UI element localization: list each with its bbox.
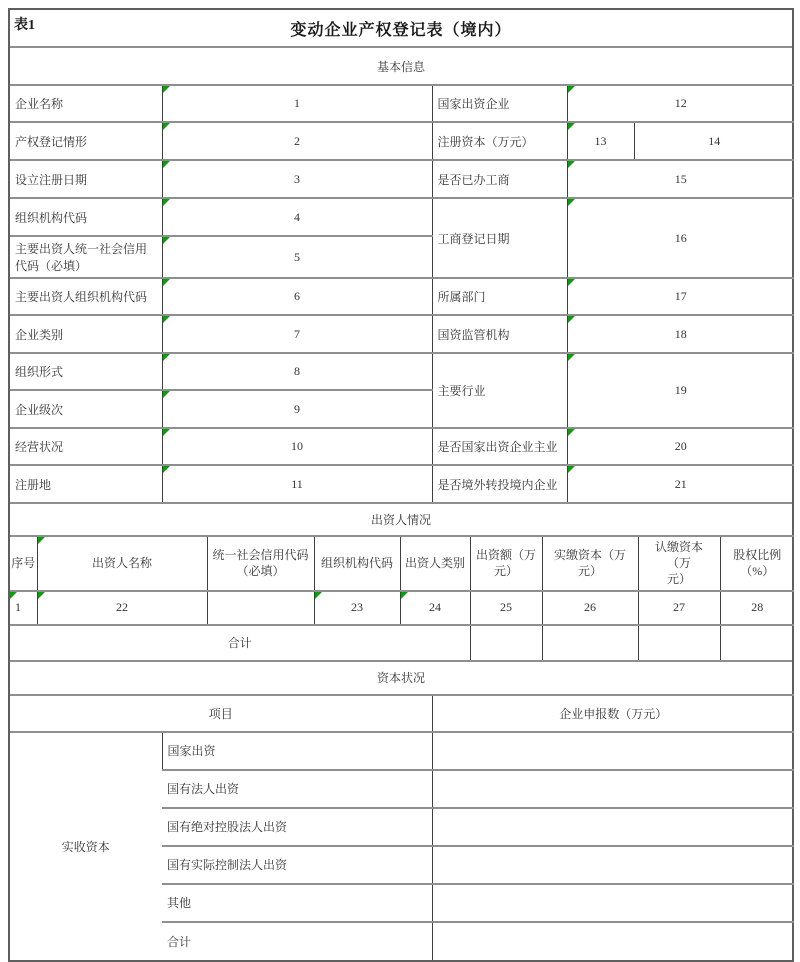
cell-flag-icon — [38, 537, 45, 544]
capital-header-table: 项目 企业申报数（万元） — [10, 694, 794, 731]
capital-declared-col-header: 企业申报数（万元） — [432, 695, 794, 731]
col-header-uscc: 统一社会信用代码 （必填） — [207, 536, 314, 591]
cell-flag-icon — [163, 123, 170, 130]
investors-table: 序号 出资人名称 统一社会信用代码 （必填） 组织机构代码 出资人类别 出资额（… — [10, 535, 794, 660]
state-funded-enterprise-value[interactable]: 12 — [567, 85, 794, 122]
registered-capital-value-a[interactable]: 13 — [567, 122, 634, 160]
basic-info-table: 企业名称 1 国家出资企业 12 产权登记情形 2 注册资本（万元） 13 14… — [10, 84, 794, 502]
cell-flag-icon — [568, 86, 575, 93]
cell-flag-icon — [163, 466, 170, 473]
main-investor-org-code-label: 主要出资人组织机构代码 — [10, 278, 162, 315]
section-header-capital: 资本状况 — [10, 660, 792, 694]
reg-situation-label: 产权登记情形 — [10, 122, 162, 160]
cell-flag-icon — [568, 279, 575, 286]
department-value[interactable]: 17 — [567, 278, 794, 315]
table-row: 实收资本 国家出资 — [10, 732, 794, 770]
capital-value-other[interactable] — [432, 884, 794, 922]
main-business-flag-label: 是否国家出资企业主业 — [432, 428, 567, 465]
enterprise-level-label: 企业级次 — [10, 390, 162, 428]
investor-seq-cell[interactable]: 1 — [10, 591, 37, 625]
investor-contribution-cell[interactable]: 25 — [470, 591, 542, 625]
main-investor-uscc-value[interactable]: 5 — [162, 236, 432, 278]
main-industry-value[interactable]: 19 — [567, 353, 794, 428]
enterprise-level-value[interactable]: 9 — [162, 390, 432, 428]
col-header-equity-ratio: 股权比例 （%） — [720, 536, 794, 591]
enterprise-name-label: 企业名称 — [10, 85, 162, 122]
table-row: 合计 — [10, 625, 794, 660]
cell-flag-icon — [568, 429, 575, 436]
capital-item-state-funded: 国家出资 — [162, 732, 432, 770]
regulator-label: 国资监管机构 — [432, 315, 567, 353]
operation-status-value[interactable]: 10 — [162, 428, 432, 465]
total-ratio-cell[interactable] — [720, 625, 794, 660]
cell-flag-icon — [568, 466, 575, 473]
table-row: 主要出资人组织机构代码 6 所属部门 17 — [10, 278, 794, 315]
investor-paid-in-cell[interactable]: 26 — [542, 591, 638, 625]
table-row: 企业名称 1 国家出资企业 12 — [10, 85, 794, 122]
overseas-reinvest-label: 是否境外转投境内企业 — [432, 465, 567, 502]
department-label: 所属部门 — [432, 278, 567, 315]
capital-value-state-legal-person[interactable] — [432, 770, 794, 808]
paid-in-capital-group-label: 实收资本 — [10, 732, 162, 960]
investor-org-code-cell[interactable]: 23 — [314, 591, 400, 625]
investor-type-cell[interactable]: 24 — [400, 591, 470, 625]
table-row: 组织机构代码 4 工商登记日期 16 — [10, 198, 794, 236]
cell-flag-icon — [568, 316, 575, 323]
table-row: 设立注册日期 3 是否已办工商 15 — [10, 160, 794, 198]
capital-item-other: 其他 — [162, 884, 432, 922]
org-form-label: 组织形式 — [10, 353, 162, 390]
cell-flag-icon — [568, 161, 575, 168]
table-row: 1 22 23 24 25 26 27 28 — [10, 591, 794, 625]
business-licensed-label: 是否已办工商 — [432, 160, 567, 198]
cell-flag-icon — [315, 592, 322, 599]
org-form-value[interactable]: 8 — [162, 353, 432, 390]
capital-value-total[interactable] — [432, 922, 794, 960]
cell-flag-icon — [38, 592, 45, 599]
col-header-org-code: 组织机构代码 — [314, 536, 400, 591]
cell-flag-icon — [163, 316, 170, 323]
section-header-basic-info: 基本信息 — [10, 46, 792, 84]
registered-capital-label: 注册资本（万元） — [432, 122, 567, 160]
org-code-label: 组织机构代码 — [10, 198, 162, 236]
table-number: 表1 — [14, 14, 35, 34]
col-header-subscribed: 认缴资本（万 元） — [638, 536, 720, 591]
total-subscribed-cell[interactable] — [638, 625, 720, 660]
main-business-flag-value[interactable]: 20 — [567, 428, 794, 465]
registered-place-label: 注册地 — [10, 465, 162, 502]
establish-date-label: 设立注册日期 — [10, 160, 162, 198]
cell-flag-icon — [568, 199, 575, 206]
business-reg-date-value[interactable]: 16 — [567, 198, 794, 278]
business-licensed-value[interactable]: 15 — [567, 160, 794, 198]
main-investor-uscc-label: 主要出资人统一社会信用代码（必填） — [10, 236, 162, 278]
investors-total-label: 合计 — [10, 625, 470, 660]
cell-flag-icon — [163, 391, 170, 398]
cell-flag-icon — [163, 429, 170, 436]
capital-table: 实收资本 国家出资 国有法人出资 国有绝对控股法人出资 国有实际控制法人出资 其… — [10, 731, 794, 960]
capital-item-state-actual-control: 国有实际控制法人出资 — [162, 846, 432, 884]
reg-situation-value[interactable]: 2 — [162, 122, 432, 160]
capital-value-state-funded[interactable] — [432, 732, 794, 770]
capital-item-state-absolute-holding: 国有绝对控股法人出资 — [162, 808, 432, 846]
capital-value-state-actual-control[interactable] — [432, 846, 794, 884]
cell-flag-icon — [568, 354, 575, 361]
capital-item-total: 合计 — [162, 922, 432, 960]
overseas-reinvest-value[interactable]: 21 — [567, 465, 794, 502]
col-header-investor-type: 出资人类别 — [400, 536, 470, 591]
table-row: 企业类别 7 国资监管机构 18 — [10, 315, 794, 353]
registered-capital-value-b[interactable]: 14 — [634, 122, 794, 160]
registered-place-value[interactable]: 11 — [162, 465, 432, 502]
regulator-value[interactable]: 18 — [567, 315, 794, 353]
total-contribution-cell[interactable] — [470, 625, 542, 660]
cell-flag-icon — [163, 86, 170, 93]
title-bar: 表1 变动企业产权登记表（境内） — [10, 10, 792, 46]
table-row: 项目 企业申报数（万元） — [10, 695, 794, 731]
cell-flag-icon — [401, 592, 408, 599]
table-row: 组织形式 8 主要行业 19 — [10, 353, 794, 390]
main-industry-label: 主要行业 — [432, 353, 567, 428]
state-funded-enterprise-label: 国家出资企业 — [432, 85, 567, 122]
enterprise-category-value[interactable]: 7 — [162, 315, 432, 353]
business-reg-date-label: 工商登记日期 — [432, 198, 567, 278]
capital-value-state-absolute-holding[interactable] — [432, 808, 794, 846]
capital-item-state-legal-person: 国有法人出资 — [162, 770, 432, 808]
org-code-value[interactable]: 4 — [162, 198, 432, 236]
capital-item-col-header: 项目 — [10, 695, 432, 731]
enterprise-name-value[interactable]: 1 — [162, 85, 432, 122]
total-paid-in-cell[interactable] — [542, 625, 638, 660]
col-header-contribution: 出资额（万 元） — [470, 536, 542, 591]
investor-uscc-cell[interactable] — [207, 591, 314, 625]
cell-flag-icon — [163, 237, 170, 244]
cell-flag-icon — [10, 592, 17, 599]
table-row: 经营状况 10 是否国家出资企业主业 20 — [10, 428, 794, 465]
section-header-investors: 出资人情况 — [10, 502, 792, 535]
operation-status-label: 经营状况 — [10, 428, 162, 465]
registration-form: 表1 变动企业产权登记表（境内） 基本信息 企业名称 1 国家出资企业 12 产… — [8, 8, 794, 962]
col-header-investor-name: 出资人名称 — [37, 536, 207, 591]
cell-flag-icon — [568, 123, 575, 130]
col-header-seq: 序号 — [10, 536, 37, 591]
page-title: 变动企业产权登记表（境内） — [290, 17, 511, 40]
main-investor-org-code-value[interactable]: 6 — [162, 278, 432, 315]
investor-name-cell[interactable]: 22 — [37, 591, 207, 625]
investor-subscribed-cell[interactable]: 27 — [638, 591, 720, 625]
table-row: 序号 出资人名称 统一社会信用代码 （必填） 组织机构代码 出资人类别 出资额（… — [10, 536, 794, 591]
enterprise-category-label: 企业类别 — [10, 315, 162, 353]
investor-ratio-cell[interactable]: 28 — [720, 591, 794, 625]
table-row: 注册地 11 是否境外转投境内企业 21 — [10, 465, 794, 502]
cell-flag-icon — [163, 161, 170, 168]
table-row: 产权登记情形 2 注册资本（万元） 13 14 — [10, 122, 794, 160]
cell-flag-icon — [163, 279, 170, 286]
col-header-paid-in: 实缴资本（万 元） — [542, 536, 638, 591]
cell-flag-icon — [163, 199, 170, 206]
establish-date-value[interactable]: 3 — [162, 160, 432, 198]
cell-flag-icon — [163, 354, 170, 361]
